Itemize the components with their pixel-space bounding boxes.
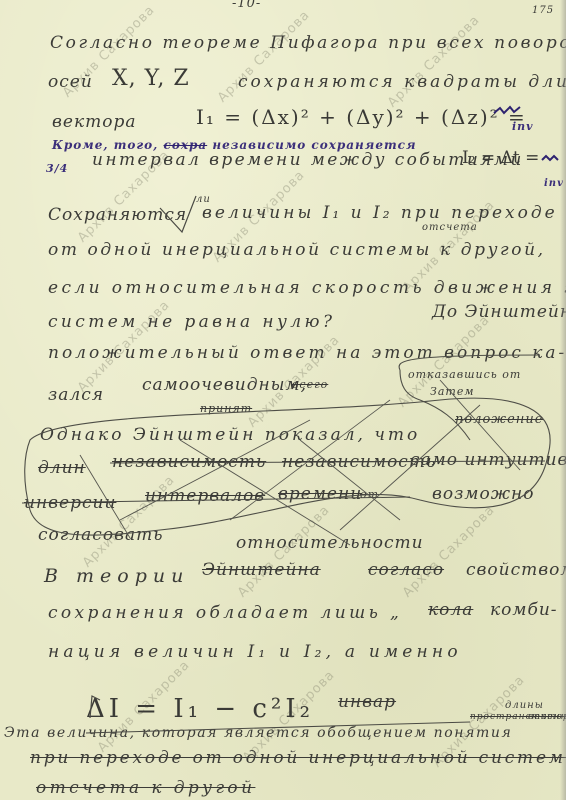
cross-out-strokes [0, 0, 566, 800]
manuscript-page: Архив Сахарова Архив Сахарова Архив Саха… [0, 0, 566, 800]
insertion-caret-icon [160, 196, 196, 232]
page-edge-shadow [560, 0, 566, 800]
